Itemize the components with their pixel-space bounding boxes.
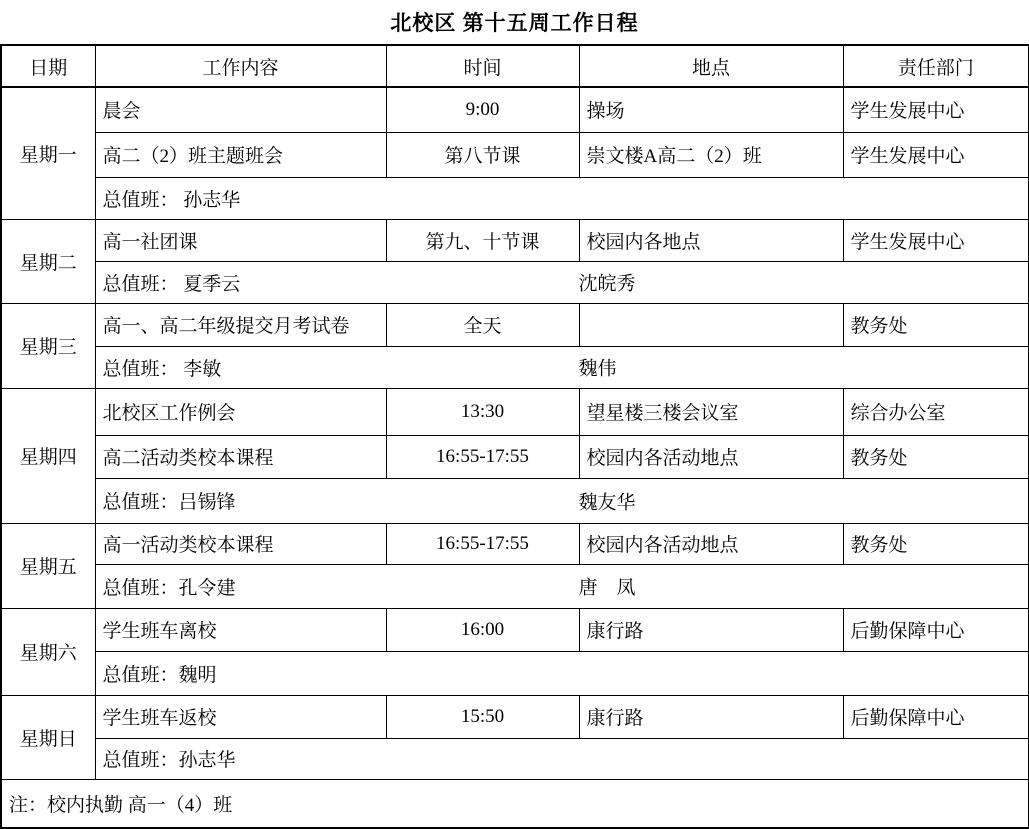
duty-row: 总值班：孔令建 唐 凤 bbox=[1, 564, 1029, 608]
duty-cell: 总值班：吕锡锋 魏友华 bbox=[95, 478, 1029, 523]
duty-cell: 总值班： 李敏 魏伟 bbox=[95, 346, 1029, 388]
column-header-date: 日期 bbox=[1, 45, 95, 87]
task-cell: 高二活动类校本课程 bbox=[95, 435, 386, 478]
department-cell: 后勤保障中心 bbox=[843, 608, 1029, 651]
task-cell: 高一活动类校本课程 bbox=[95, 523, 386, 564]
note-cell: 注：校内执勤 高一（4）班 bbox=[1, 779, 1029, 828]
department-cell: 后勤保障中心 bbox=[843, 695, 1029, 738]
duty-row: 总值班：孙志华 bbox=[1, 738, 1029, 779]
duty-assistant: 魏伟 bbox=[579, 354, 617, 381]
location-cell bbox=[579, 303, 843, 346]
department-cell: 综合办公室 bbox=[843, 388, 1029, 435]
location-cell: 康行路 bbox=[579, 608, 843, 651]
location-cell: 操场 bbox=[579, 87, 843, 132]
document-page: 北校区 第十五周工作日程 日期 工作内容 时间 地点 责任部门 星期一 晨会 9… bbox=[0, 0, 1029, 829]
department-cell: 学生发展中心 bbox=[843, 87, 1029, 132]
duty-row: 总值班：吕锡锋 魏友华 bbox=[1, 478, 1029, 523]
day-cell-monday: 星期一 bbox=[1, 87, 95, 219]
header-row: 日期 工作内容 时间 地点 责任部门 bbox=[1, 45, 1029, 87]
duty-label: 总值班： 李敏 bbox=[103, 354, 222, 381]
time-cell: 第八节课 bbox=[386, 132, 579, 177]
task-cell: 学生班车离校 bbox=[95, 608, 386, 651]
department-cell: 学生发展中心 bbox=[843, 219, 1029, 261]
time-cell: 9:00 bbox=[386, 87, 579, 132]
location-cell: 校园内各活动地点 bbox=[579, 523, 843, 564]
duty-label: 总值班： 夏季云 bbox=[103, 269, 241, 296]
duty-cell: 总值班： 夏季云 沈皖秀 bbox=[95, 261, 1029, 303]
day-cell-thursday: 星期四 bbox=[1, 388, 95, 523]
day-cell-tuesday: 星期二 bbox=[1, 219, 95, 303]
duty-row: 总值班： 孙志华 bbox=[1, 177, 1029, 219]
duty-row: 总值班： 夏季云 沈皖秀 bbox=[1, 261, 1029, 303]
duty-cell: 总值班： 孙志华 bbox=[95, 177, 1029, 219]
table-row: 星期日 学生班车返校 15:50 康行路 后勤保障中心 bbox=[1, 695, 1029, 738]
time-cell: 16:55-17:55 bbox=[386, 523, 579, 564]
duty-label: 总值班： 孙志华 bbox=[103, 185, 241, 212]
location-cell: 校园内各活动地点 bbox=[579, 435, 843, 478]
table-row: 星期二 高一社团课 第九、十节课 校园内各地点 学生发展中心 bbox=[1, 219, 1029, 261]
task-cell: 高一社团课 bbox=[95, 219, 386, 261]
task-cell: 学生班车返校 bbox=[95, 695, 386, 738]
task-cell: 高一、高二年级提交月考试卷 bbox=[95, 303, 386, 346]
duty-cell: 总值班：孙志华 bbox=[95, 738, 1029, 779]
table-row: 星期五 高一活动类校本课程 16:55-17:55 校园内各活动地点 教务处 bbox=[1, 523, 1029, 564]
table-row: 高二（2）班主题班会 第八节课 崇文楼A高二（2）班 学生发展中心 bbox=[1, 132, 1029, 177]
time-cell: 15:50 bbox=[386, 695, 579, 738]
time-cell: 全天 bbox=[386, 303, 579, 346]
time-cell: 13:30 bbox=[386, 388, 579, 435]
location-cell: 康行路 bbox=[579, 695, 843, 738]
duty-assistant: 沈皖秀 bbox=[579, 269, 636, 296]
table-row: 星期四 北校区工作例会 13:30 望星楼三楼会议室 综合办公室 bbox=[1, 388, 1029, 435]
schedule-table: 日期 工作内容 时间 地点 责任部门 星期一 晨会 9:00 操场 学生发展中心… bbox=[0, 44, 1029, 829]
note-row: 注：校内执勤 高一（4）班 bbox=[1, 779, 1029, 828]
table-row: 星期六 学生班车离校 16:00 康行路 后勤保障中心 bbox=[1, 608, 1029, 651]
department-cell: 教务处 bbox=[843, 523, 1029, 564]
department-cell: 教务处 bbox=[843, 435, 1029, 478]
column-header-location: 地点 bbox=[579, 45, 843, 87]
table-row: 星期一 晨会 9:00 操场 学生发展中心 bbox=[1, 87, 1029, 132]
location-cell: 崇文楼A高二（2）班 bbox=[579, 132, 843, 177]
day-cell-saturday: 星期六 bbox=[1, 608, 95, 695]
day-cell-wednesday: 星期三 bbox=[1, 303, 95, 388]
duty-row: 总值班：魏明 bbox=[1, 651, 1029, 695]
table-row: 星期三 高一、高二年级提交月考试卷 全天 教务处 bbox=[1, 303, 1029, 346]
time-cell: 16:00 bbox=[386, 608, 579, 651]
day-cell-friday: 星期五 bbox=[1, 523, 95, 608]
duty-row: 总值班： 李敏 魏伟 bbox=[1, 346, 1029, 388]
duty-label: 总值班：魏明 bbox=[103, 660, 217, 687]
duty-assistant: 魏友华 bbox=[579, 487, 636, 514]
location-cell: 望星楼三楼会议室 bbox=[579, 388, 843, 435]
duty-assistant: 唐 凤 bbox=[579, 573, 636, 600]
column-header-time: 时间 bbox=[386, 45, 579, 87]
column-header-content: 工作内容 bbox=[95, 45, 386, 87]
location-cell: 校园内各地点 bbox=[579, 219, 843, 261]
department-cell: 教务处 bbox=[843, 303, 1029, 346]
duty-label: 总值班：吕锡锋 bbox=[103, 487, 236, 514]
task-cell: 北校区工作例会 bbox=[95, 388, 386, 435]
table-row: 高二活动类校本课程 16:55-17:55 校园内各活动地点 教务处 bbox=[1, 435, 1029, 478]
column-header-department: 责任部门 bbox=[843, 45, 1029, 87]
task-cell: 高二（2）班主题班会 bbox=[95, 132, 386, 177]
time-cell: 16:55-17:55 bbox=[386, 435, 579, 478]
page-title: 北校区 第十五周工作日程 bbox=[0, 0, 1029, 44]
duty-cell: 总值班：魏明 bbox=[95, 651, 1029, 695]
duty-label: 总值班：孔令建 bbox=[103, 573, 236, 600]
duty-label: 总值班：孙志华 bbox=[103, 745, 236, 772]
day-cell-sunday: 星期日 bbox=[1, 695, 95, 779]
department-cell: 学生发展中心 bbox=[843, 132, 1029, 177]
time-cell: 第九、十节课 bbox=[386, 219, 579, 261]
task-cell: 晨会 bbox=[95, 87, 386, 132]
duty-cell: 总值班：孔令建 唐 凤 bbox=[95, 564, 1029, 608]
